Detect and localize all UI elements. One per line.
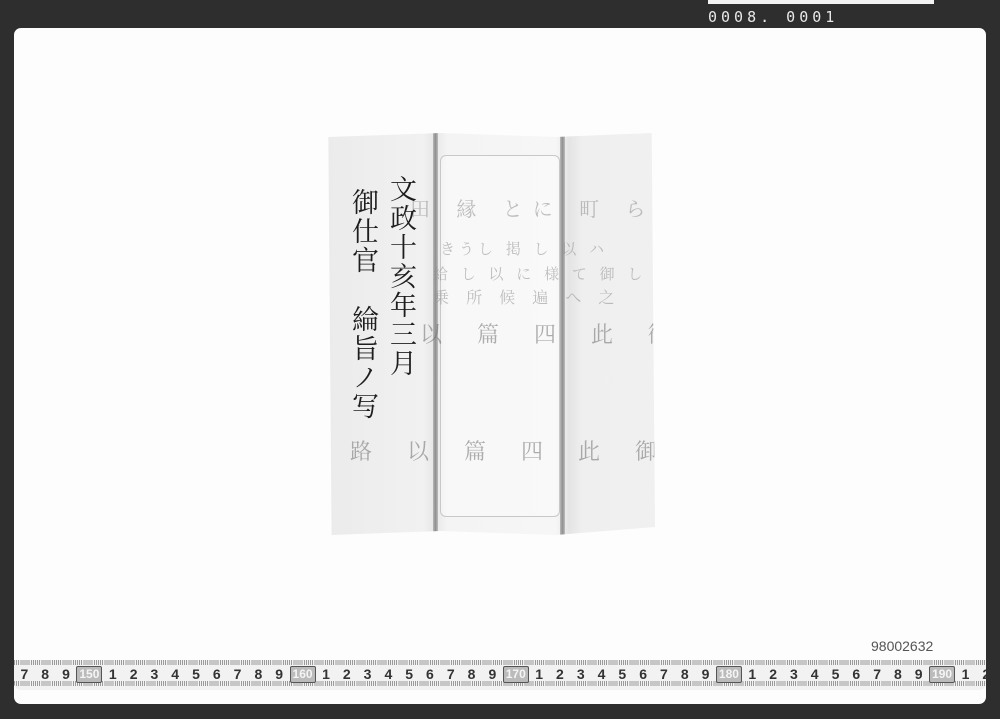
document-date: 文政十亥年三月: [385, 175, 415, 378]
ruler-label: 1: [955, 666, 976, 683]
ruler-label: 1: [529, 666, 550, 683]
ruler-label: 160: [290, 666, 316, 683]
ruler-label: 3: [784, 666, 805, 683]
ruler-label: 2: [976, 666, 986, 683]
frame-counter: 0008. 0001: [708, 8, 838, 26]
ruler-label: 6: [633, 666, 654, 683]
scale-ruler: 7891501234567891601234567891701234567891…: [14, 660, 986, 690]
ruler-label: 9: [56, 666, 77, 683]
bleed-through-text: 乗 所 候 遍 へ 之: [433, 285, 620, 308]
ruler-label: 7: [654, 666, 675, 683]
ruler-label: 5: [825, 666, 846, 683]
ruler-label: 6: [420, 666, 441, 683]
ruler-label: 2: [763, 666, 784, 683]
ruler-label: 7: [440, 666, 461, 683]
reference-number: 98002632: [871, 638, 933, 654]
ruler-label: 2: [123, 666, 144, 683]
ruler-label: 8: [674, 666, 695, 683]
document-page: 田 縁 とに 町 ら 候 ハ きうし 掲 し 以 ハ 給 し 以 に 様 て 御…: [325, 133, 655, 535]
ruler-label: 4: [378, 666, 399, 683]
ruler-label: 9: [908, 666, 929, 683]
ruler-label: 4: [165, 666, 186, 683]
ruler-label: 4: [591, 666, 612, 683]
ruler-label: 2: [550, 666, 571, 683]
ruler-label: 7: [14, 666, 35, 683]
ruler-label: 5: [399, 666, 420, 683]
ruler-label: 9: [269, 666, 290, 683]
ruler-label: 3: [570, 666, 591, 683]
ruler-label: 4: [804, 666, 825, 683]
ruler-label: 1: [742, 666, 763, 683]
ruler-label: 3: [357, 666, 378, 683]
ruler-label: 9: [695, 666, 716, 683]
ruler-label: 8: [35, 666, 56, 683]
ruler-ticks-top: [14, 660, 986, 665]
ruler-label: 180: [716, 666, 742, 683]
film-strip-edge: [708, 0, 934, 4]
ruler-label: 1: [316, 666, 337, 683]
bleed-through-text: きうし 掲 し 以 ハ: [440, 238, 608, 259]
ruler-label: 6: [206, 666, 227, 683]
ruler-label: 7: [867, 666, 888, 683]
ruler-label: 9: [482, 666, 503, 683]
ruler-label: 1: [102, 666, 123, 683]
ruler-label: 8: [248, 666, 269, 683]
bleed-through-text: 給 し 以 に 様 て 御 し: [433, 263, 646, 284]
ruler-label: 8: [461, 666, 482, 683]
ruler-label: 5: [186, 666, 207, 683]
ruler-label: 3: [144, 666, 165, 683]
ruler-label: 7: [227, 666, 248, 683]
ruler-label: 150: [76, 666, 102, 683]
ruler-label: 5: [612, 666, 633, 683]
ruler-labels: 7891501234567891601234567891701234567891…: [14, 666, 986, 683]
ruler-label: 2: [336, 666, 357, 683]
document-title-line-1: 御仕官: [347, 188, 378, 275]
document-title-line-2: 綸旨ノ写: [347, 305, 378, 421]
ruler-label: 8: [887, 666, 908, 683]
ruler-label: 170: [503, 666, 529, 683]
ruler-label: 190: [929, 666, 955, 683]
ruler-label: 6: [846, 666, 867, 683]
document-title: 御仕官綸旨ノ写: [347, 188, 377, 421]
